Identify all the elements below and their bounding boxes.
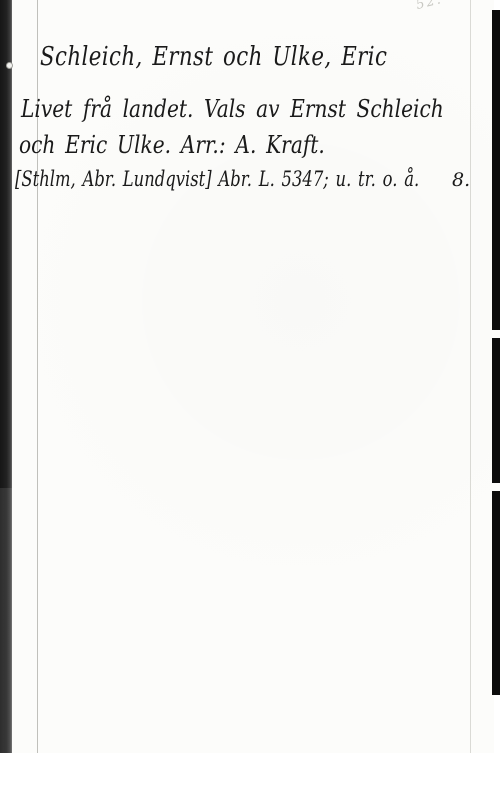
card-title-line: Livet frå landet. Vals av Ernst Schleich bbox=[21, 97, 444, 121]
card-imprint-line: [Sthlm, Abr. Lundqvist] Abr. L. 5347; u.… bbox=[15, 169, 419, 190]
card-heading-author-names: Schleich, Ernst och Ulke, Eric bbox=[40, 44, 387, 70]
hole-punch-mark bbox=[6, 62, 13, 69]
scan-edge-right bbox=[492, 10, 500, 695]
card-title-continuation-line: och Eric Ulke. Arr.: A. Kraft. bbox=[19, 133, 325, 157]
binding-edge-light-segment bbox=[0, 488, 12, 753]
scanned-catalog-card-page: 52. Schleich, Ernst och Ulke, Eric Livet… bbox=[0, 0, 500, 800]
scan-edge-notch bbox=[492, 330, 500, 338]
scan-edge-notch bbox=[492, 483, 500, 491]
binding-edge-left bbox=[0, 0, 12, 753]
format-number: 8. bbox=[452, 171, 470, 190]
margin-line-right bbox=[470, 0, 471, 753]
